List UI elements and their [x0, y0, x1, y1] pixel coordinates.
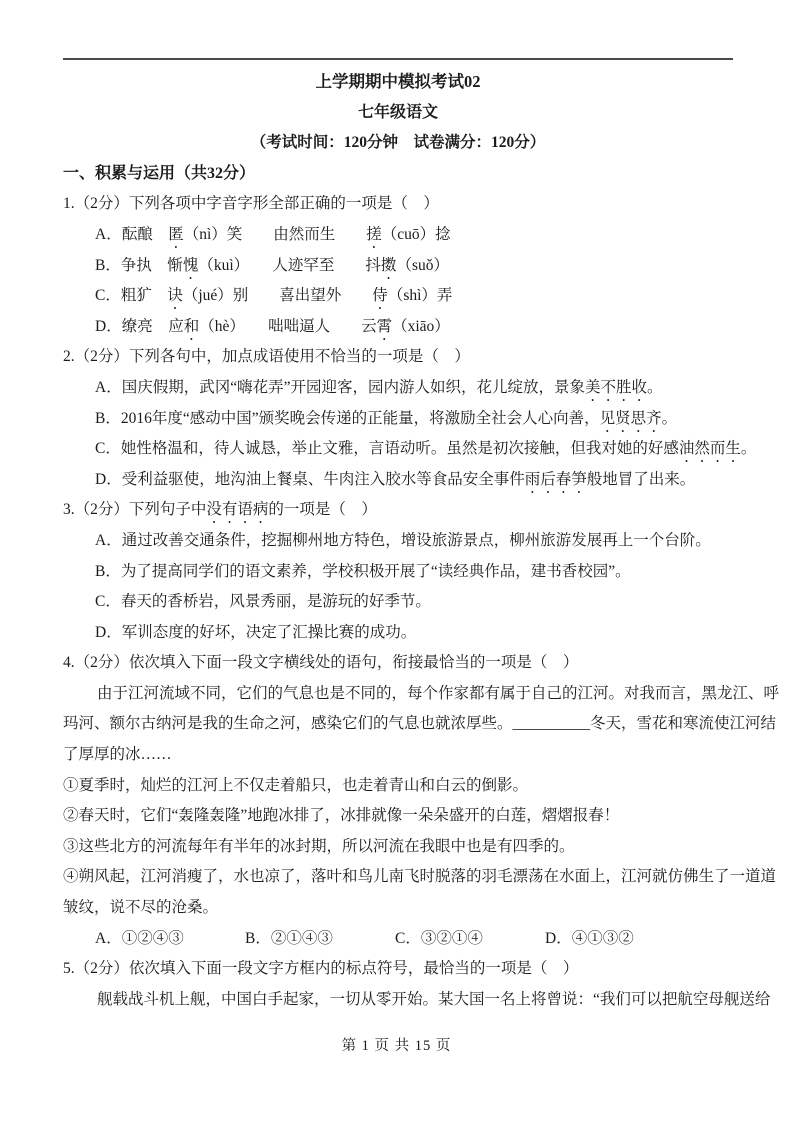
answer-option: B．争执 惭愧（kuì） 人迹罕至 抖擞（suǒ）	[63, 251, 733, 282]
doc-title: 上学期期中模拟考试02	[63, 67, 733, 98]
text-segment: D．缭亮 应	[95, 318, 184, 335]
text-segment: 的一项是（ ）	[268, 501, 377, 518]
text-segment: C．粗犷	[95, 287, 167, 304]
text-segment: 般地冒了出来。	[587, 471, 696, 488]
exam-paper-page: 上学期期中模拟考试02 七年级语文 （考试时间：120分钟 试卷满分：120分）…	[0, 0, 793, 1122]
text-segment: 。	[741, 440, 757, 457]
order-options-row: A．①②④③B．②①④③C．③②①④D．④①③②	[63, 924, 733, 955]
text-segment: （suǒ）	[396, 257, 449, 274]
text-segment: ①夏季时，灿烂的江河上不仅走着船只，也走着青山和白云的倒影。	[63, 777, 528, 794]
text-segment: （cuō）捻	[382, 226, 451, 243]
paragraph-line: 皱纹，说不尽的沧桑。	[63, 893, 733, 924]
document-content: 上学期期中模拟考试02 七年级语文 （考试时间：120分钟 试卷满分：120分）…	[63, 58, 733, 1015]
text-segment: （jué）别 喜出望外	[183, 287, 372, 304]
emphasized-text: 侍	[372, 287, 388, 304]
text-segment: D．军训态度的好坏，决定了汇操比赛的成功。	[95, 624, 416, 641]
text-segment: 3.（2分）下列句子中	[63, 501, 206, 518]
page-number-footer: 第 1 页 共 15 页	[0, 1031, 793, 1061]
text-segment: C．她性格温和，待人诚恳，举止文雅，言语动听。虽然是初次接触，但我对她的好感	[95, 440, 679, 457]
order-option: D．④①③②	[545, 924, 634, 955]
emphasized-text: 搓	[366, 226, 382, 243]
text-segment: 5.（2分）依次填入下面一段文字方框内的标点符号，最恰当的一项是（ ）	[63, 960, 578, 977]
answer-option: B．为了提高同学们的语文素养，学校积极开展了“读经典作品，建书香校园”。	[63, 557, 733, 588]
answer-option: D．军训态度的好坏，决定了汇操比赛的成功。	[63, 618, 733, 649]
order-option: B．②①④③	[245, 924, 395, 955]
text-segment: （nì）笑 由然而生	[184, 226, 367, 243]
text-segment: ③这些北方的河流每年有半年的冰封期，所以河流在我眼中也是有四季的。	[63, 838, 575, 855]
text-segment: B．2016年度“感动中国”颁奖晚会传递的正能量，将激励全社会人心向善，	[95, 410, 600, 427]
text-segment: ②春天时，它们“轰隆轰隆”地跑冰排了，冰排就像一朵朵盛开的白莲，熠熠报春！	[63, 807, 619, 824]
emphasized-text: 美不胜收	[585, 379, 647, 396]
sentence-item: ②春天时，它们“轰隆轰隆”地跑冰排了，冰排就像一朵朵盛开的白莲，熠熠报春！	[63, 801, 733, 832]
sentence-item: ③这些北方的河流每年有半年的冰封期，所以河流在我眼中也是有四季的。	[63, 832, 733, 863]
section-heading: 一、积累与运用（共32分）	[63, 159, 733, 190]
paragraph-line: 由于江河流域不同，它们的气息也是不同的，每个作家都有属于自己的江河。对我而言，黑…	[63, 679, 733, 710]
text-segment: 。	[647, 379, 663, 396]
header-rule	[63, 58, 733, 60]
text-segment: （xiāo）	[392, 318, 450, 335]
order-option: A．①②④③	[95, 924, 245, 955]
text-segment: A．国庆假期，武冈“嗨花弄”开园迎客，园内游人如织，花儿绽放，景象	[95, 379, 585, 396]
question-prompt: 3.（2分）下列句子中没有语病的一项是（ ）	[63, 495, 733, 526]
answer-option: C．粗犷 诀（jué）别 喜出望外 侍（shì）弄	[63, 281, 733, 312]
answer-option: B．2016年度“感动中国”颁奖晚会传递的正能量，将激励全社会人心向善，见贤思齐…	[63, 404, 733, 435]
text-segment: 皱纹，说不尽的沧桑。	[63, 899, 218, 916]
paragraph-line: 玛河、额尔古纳河是我的生命之河，感染它们的气息也就浓厚些。__________冬…	[63, 709, 733, 740]
answer-option: D．缭亮 应和（hè） 咄咄逼人 云霄（xiāo）	[63, 312, 733, 343]
emphasized-text: 诀	[167, 287, 183, 304]
answer-option: C．春天的香桥岩，风景秀丽，是游玩的好季节。	[63, 587, 733, 618]
paragraph-line: 舰载战斗机上舰，中国白手起家，一切从零开始。某大国一名上将曾说：“我们可以把航空…	[63, 985, 733, 1016]
text-segment: 舰载战斗机上舰，中国白手起家，一切从零开始。某大国一名上将曾说：“我们可以把航空…	[97, 991, 770, 1008]
emphasized-text: 雨后春笋	[525, 471, 587, 488]
question-prompt: 2.（2分）下列各句中，加点成语使用不恰当的一项是（ ）	[63, 342, 733, 373]
text-segment: 了厚厚的冰……	[63, 746, 172, 763]
text-segment: （shì）弄	[388, 287, 453, 304]
question-lines: 1.（2分）下列各项中字音字形全部正确的一项是（ ）A．酝酿 匿（nì）笑 由然…	[63, 189, 733, 1015]
text-segment: C．春天的香桥岩，风景秀丽，是游玩的好季节。	[95, 593, 431, 610]
question-prompt: 5.（2分）依次填入下面一段文字方框内的标点符号，最恰当的一项是（ ）	[63, 954, 733, 985]
answer-option: C．她性格温和，待人诚恳，举止文雅，言语动听。虽然是初次接触，但我对她的好感油然…	[63, 434, 733, 465]
answer-option: A．酝酿 匿（nì）笑 由然而生 搓（cuō）捻	[63, 220, 733, 251]
doc-subtitle: 七年级语文	[63, 98, 733, 129]
text-segment: 4.（2分）依次填入下面一段文字横线处的语句，衔接最恰当的一项是（ ）	[63, 654, 578, 671]
text-segment: D．受利益驱使，地沟油上餐桌、牛肉注入胶水等食品安全事件	[95, 471, 525, 488]
emphasized-text: 愧	[183, 257, 199, 274]
emphasized-text: 见贤思齐	[600, 410, 662, 427]
text-segment: B．争执 惭	[95, 257, 183, 274]
answer-option: A．通过改善交通条件，挖掘柳州地方特色，增设旅游景点，柳州旅游发展再上一个台阶。	[63, 526, 733, 557]
text-segment: B．为了提高同学们的语文素养，学校积极开展了“读经典作品，建书香校园”。	[95, 563, 631, 580]
question-prompt: 1.（2分）下列各项中字音字形全部正确的一项是（ ）	[63, 189, 733, 220]
question-prompt: 4.（2分）依次填入下面一段文字横线处的语句，衔接最恰当的一项是（ ）	[63, 648, 733, 679]
text-segment: 2.（2分）下列各句中，加点成语使用不恰当的一项是（ ）	[63, 348, 470, 365]
text-segment: （kuì） 人迹罕至 抖	[198, 257, 381, 274]
emphasized-text: 油然而生	[679, 440, 741, 457]
text-segment: 。	[662, 410, 678, 427]
text-segment: A．通过改善交通条件，挖掘柳州地方特色，增设旅游景点，柳州旅游发展再上一个台阶。	[95, 532, 711, 549]
emphasized-text: 和	[184, 318, 200, 335]
emphasized-text: 霄	[377, 318, 393, 335]
exam-info: （考试时间：120分钟 试卷满分：120分）	[63, 128, 733, 159]
text-segment: 1.（2分）下列各项中字音字形全部正确的一项是（ ）	[63, 195, 439, 212]
sentence-item: ④朔风起，江河消瘦了，水也凉了，落叶和鸟儿南飞时脱落的羽毛漂荡在水面上，江河就仿…	[63, 862, 733, 893]
answer-option: A．国庆假期，武冈“嗨花弄”开园迎客，园内游人如织，花儿绽放，景象美不胜收。	[63, 373, 733, 404]
answer-option: D．受利益驱使，地沟油上餐桌、牛肉注入胶水等食品安全事件雨后春笋般地冒了出来。	[63, 465, 733, 496]
text-segment: 玛河、额尔古纳河是我的生命之河，感染它们的气息也就浓厚些。__________冬…	[63, 715, 776, 732]
sentence-item: ①夏季时，灿烂的江河上不仅走着船只，也走着青山和白云的倒影。	[63, 771, 733, 802]
text-segment: （hè） 咄咄逼人 云	[199, 318, 376, 335]
order-option: C．③②①④	[395, 924, 545, 955]
text-segment: 由于江河流域不同，它们的气息也是不同的，每个作家都有属于自己的江河。对我而言，黑…	[97, 685, 779, 702]
emphasized-text: 没有语病	[206, 501, 268, 518]
emphasized-text: 匿	[168, 226, 184, 243]
paragraph-line: 了厚厚的冰……	[63, 740, 733, 771]
emphasized-text: 擞	[381, 257, 397, 274]
text-segment: A．酝酿	[95, 226, 168, 243]
text-segment: ④朔风起，江河消瘦了，水也凉了，落叶和鸟儿南飞时脱落的羽毛漂荡在水面上，江河就仿…	[63, 868, 776, 885]
